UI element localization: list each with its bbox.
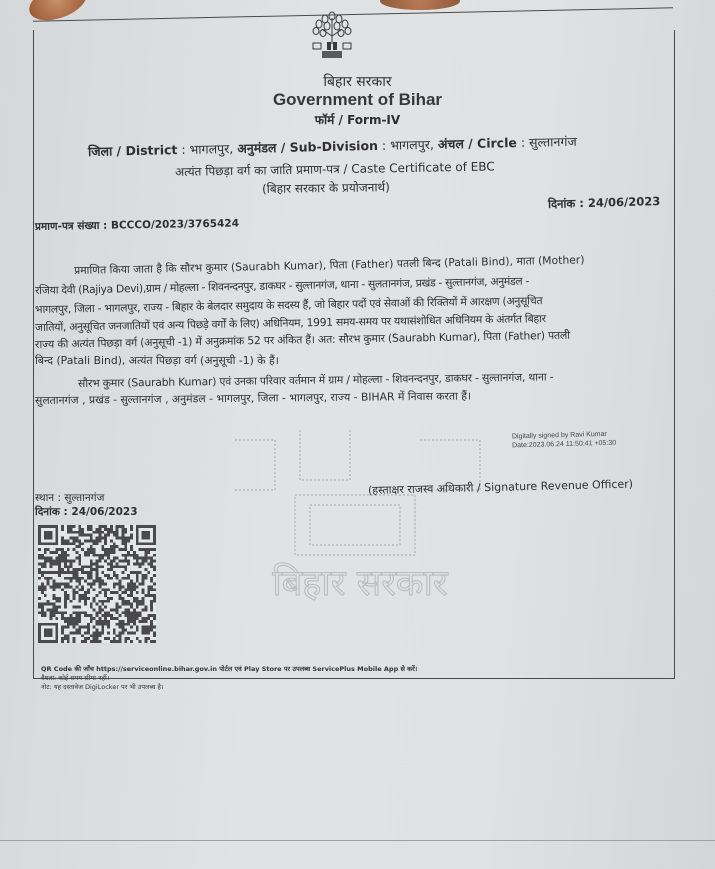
title-english: Government of Bihar (0, 90, 715, 110)
certificate-number-label: प्रमाण-पत्र संख्या (35, 220, 100, 233)
qr-code-icon[interactable] (38, 524, 156, 644)
circle-label: अंचल / Circle (438, 135, 517, 152)
circle-value: सुल्तानगंज (529, 134, 577, 150)
place-label: स्थान : सुल्तानगंज (35, 491, 104, 505)
district-label: जिला / District (88, 142, 178, 159)
issue-date-value: 24/06/2023 (588, 194, 661, 210)
bihar-watermark: बिहार सरकार (230, 430, 490, 610)
title-hindi: बिहार सरकार (0, 72, 715, 91)
form-label: फॉर्म / Form-IV (0, 111, 715, 128)
issue-date-label: दिनांक (548, 196, 576, 211)
body-line: बिन्द (Patali Bind), अत्यंत पिछड़ा वर्ग … (35, 353, 279, 368)
bihar-emblem-icon (305, 10, 359, 62)
paper-fold-line (0, 840, 715, 841)
bottom-date-label: दिनांक : 24/06/2023 (35, 505, 138, 519)
digital-signature: Digitally signed by Ravi Kumar Date:2023… (512, 430, 616, 451)
subdivision-value: भागलपुर (390, 137, 430, 153)
footnote-validity: वैधता: कोई समय सीमा नहीं। (41, 673, 109, 682)
footnote-digilocker: नोट: यह दस्तावेज DigiLocker पर भी उपलब्ध… (41, 682, 163, 691)
district-value: भागलपुर (189, 141, 229, 157)
svg-text:बिहार सरकार: बिहार सरकार (272, 562, 449, 604)
subdivision-label: अनुमंडल / Sub-Division (237, 138, 378, 156)
issue-date: दिनांक : 24/06/2023 (548, 194, 661, 212)
footnote-qr-verify: QR Code की जाँच https://serviceonline.bi… (41, 664, 417, 673)
certificate-subtitle: (बिहार सरकार के प्रयोजनार्थ) (262, 178, 390, 197)
certificate-number-value: BCCCO/2023/3765424 (111, 217, 239, 231)
